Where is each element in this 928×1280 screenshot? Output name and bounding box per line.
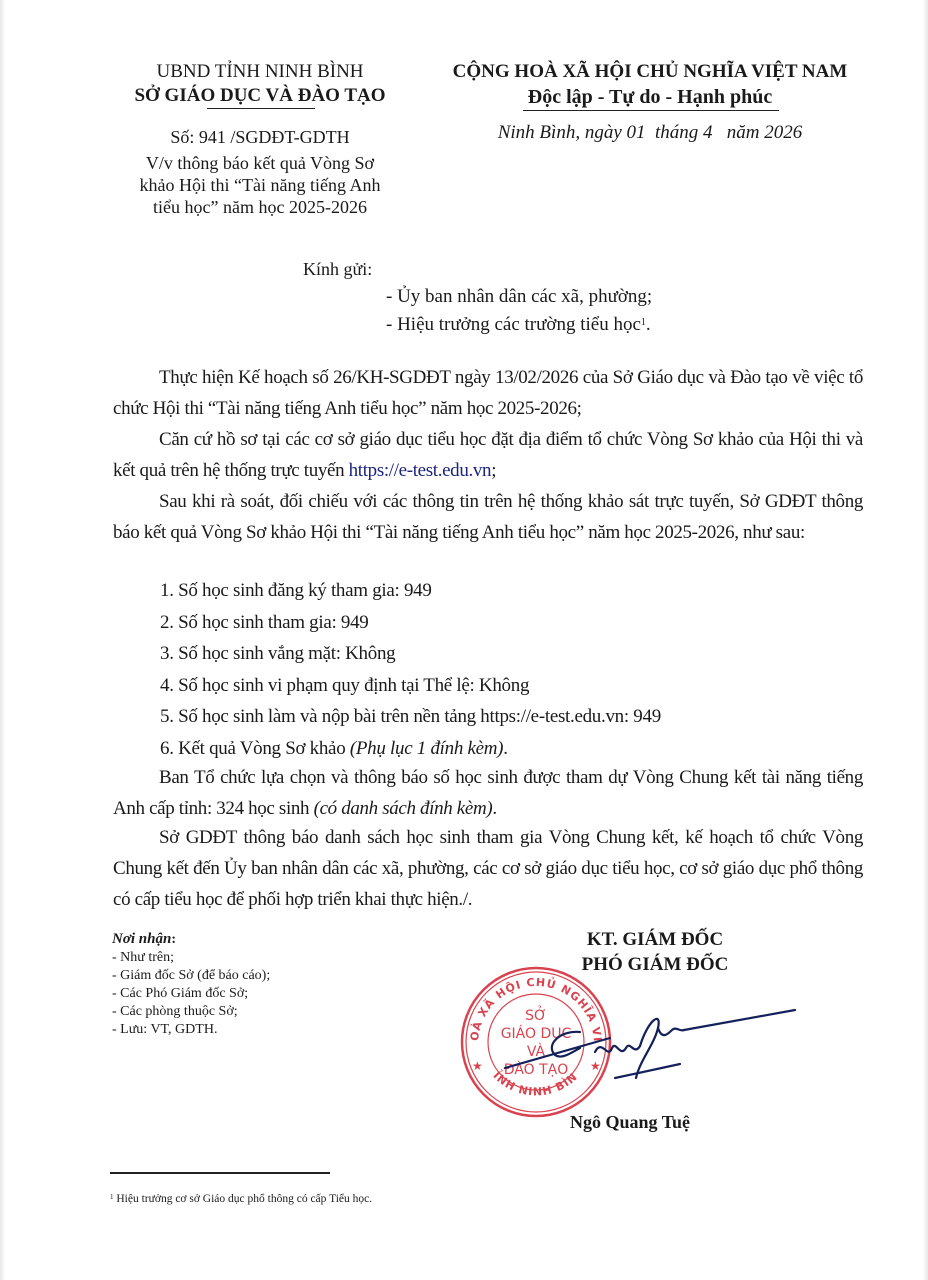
signer-name: Ngô Quang Tuệ — [570, 1112, 690, 1133]
page-edge-right — [923, 0, 928, 1280]
paragraph-selection: Ban Tổ chức lựa chọn và thông báo số học… — [113, 762, 863, 824]
etest-link[interactable]: https://e-test.edu.vn — [349, 460, 492, 481]
national-header: CỘNG HOÀ XÃ HỘI CHỦ NGHĨA VIỆT NAM Độc l… — [420, 60, 880, 145]
page-edge-left — [0, 0, 5, 1280]
paragraph-basis: Căn cứ hồ sơ tại các cơ sở giáo dục tiểu… — [113, 424, 863, 486]
handwritten-signature-icon — [500, 990, 800, 1085]
punct: : — [171, 932, 176, 947]
national-title: CỘNG HOÀ XÃ HỘI CHỦ NGHĨA VIỆT NAM — [420, 60, 880, 84]
results-list: 1. Số học sinh đăng ký tham gia: 949 2. … — [160, 575, 661, 764]
national-motto: Độc lập - Tự do - Hạnh phúc — [420, 84, 880, 110]
receiver-item: - Như trên; — [112, 949, 270, 967]
recipient-item: - Ủy ban nhân dân các xã, phường; — [386, 284, 652, 310]
appendix-note: (Phụ lục 1 đính kèm) — [350, 738, 503, 759]
subject-line: tiểu học” năm học 2025-2026 — [100, 196, 420, 218]
receivers-title: Nơi nhận — [112, 931, 171, 947]
punct: . — [646, 314, 651, 335]
receiver-item: - Các phòng thuộc Sở; — [112, 1003, 270, 1021]
punct: . — [492, 798, 496, 819]
result-item: 4. Số học sinh vi phạm quy định tại Thể … — [160, 670, 661, 702]
issuer-parent: UBND TỈNH NINH BÌNH — [100, 60, 420, 84]
footnote: 1 Hiệu trưởng cơ sở Giáo dục phổ thông c… — [110, 1193, 372, 1205]
footnote-text: Hiệu trưởng cơ sở Giáo dục phổ thông có … — [114, 1193, 373, 1205]
paragraph-announcement: Sở GDĐT thông báo danh sách học sinh tha… — [113, 822, 863, 915]
svg-text:★: ★ — [472, 1059, 483, 1073]
motto-underline — [523, 110, 779, 111]
receiver-item: - Giám đốc Sở (để báo cáo); — [112, 967, 270, 985]
receivers-block: Nơi nhận: - Như trên; - Giám đốc Sở (để … — [112, 930, 270, 1039]
subject-line: khảo Hội thi “Tài năng tiếng Anh — [100, 174, 420, 196]
result-text: 6. Kết quả Vòng Sơ khảo — [160, 738, 350, 759]
footnote-divider — [110, 1172, 330, 1174]
document-date: Ninh Bình, ngày 01 tháng 4 năm 2026 — [420, 121, 880, 145]
recipients-label: Kính gửi: — [303, 256, 372, 282]
signature-role-1: KT. GIÁM ĐỐC — [540, 927, 770, 952]
paragraph-plan: Thực hiện Kế hoạch số 26/KH-SGDĐT ngày 1… — [113, 362, 863, 424]
result-item: 2. Số học sinh tham gia: 949 — [160, 607, 661, 639]
result-item: 1. Số học sinh đăng ký tham gia: 949 — [160, 575, 661, 607]
result-item: 5. Số học sinh làm và nộp bài trên nền t… — [160, 701, 661, 733]
issuer-name: SỞ GIÁO DỤC VÀ ĐÀO TẠO — [100, 84, 420, 108]
recipient-item: - Hiệu trưởng các trường tiểu học1. — [386, 312, 651, 338]
result-item: 3. Số học sinh vắng mặt: Không — [160, 638, 661, 670]
receiver-item: - Các Phó Giám đốc Sở; — [112, 985, 270, 1003]
punct: ; — [491, 460, 496, 481]
paragraph-review: Sau khi rà soát, đối chiếu với các thông… — [113, 486, 863, 548]
issuer-underline — [207, 108, 315, 109]
punct: . — [503, 738, 507, 759]
footnote-ref[interactable]: 1 — [641, 317, 646, 328]
attachment-note: (có danh sách đính kèm) — [314, 798, 493, 819]
receiver-item: - Lưu: VT, GDTH. — [112, 1021, 270, 1039]
document-subject: V/v thông báo kết quả Vòng Sơ khảo Hội t… — [100, 152, 420, 218]
recipient-text: - Hiệu trưởng các trường tiểu học — [386, 314, 641, 335]
result-item: 6. Kết quả Vòng Sơ khảo (Phụ lục 1 đính … — [160, 733, 661, 765]
document-number: Số: 941 /SGDĐT-GDTH — [100, 126, 420, 148]
issuer-block: UBND TỈNH NINH BÌNH SỞ GIÁO DỤC VÀ ĐÀO T… — [100, 60, 420, 218]
subject-line: V/v thông báo kết quả Vòng Sơ — [100, 152, 420, 174]
